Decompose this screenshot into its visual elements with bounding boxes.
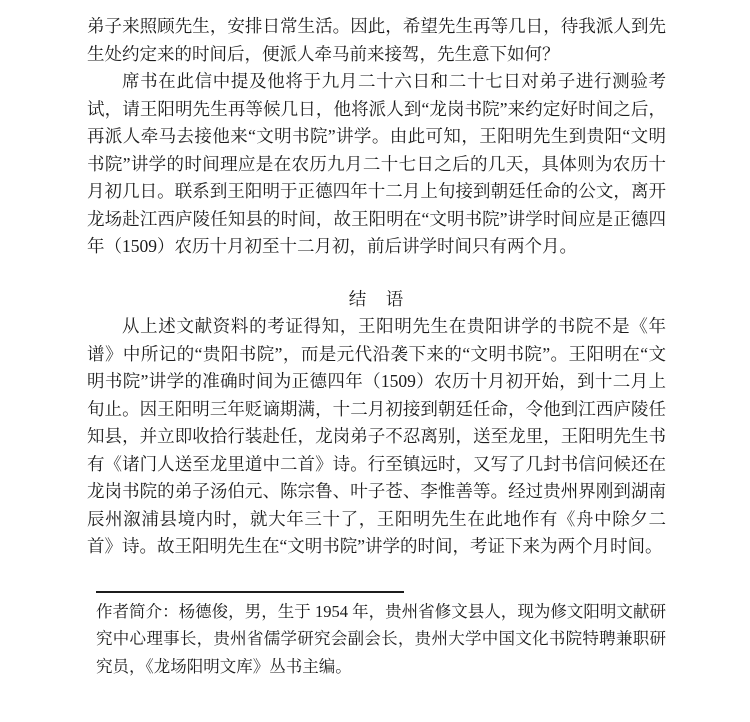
paragraph-xishu-letter-analysis: 席书在此信中提及他将于九月二十六日和二十七日对弟子进行测验考试，请王阳明先生再等… — [87, 68, 666, 261]
footnote-separator — [96, 591, 404, 593]
section-heading-conclusion: 结 语 — [87, 286, 666, 314]
author-bio-footnote: 作者简介：杨德俊，男，生于 1954 年，贵州省修文县人，现为修文阳明文献研究中… — [96, 598, 666, 681]
document-page: 弟子来照顾先生，安排日常生活。因此，希望先生再等几日，待我派人到先生处约定来的时… — [0, 0, 750, 722]
paragraph-letter-continuation: 弟子来照顾先生，安排日常生活。因此，希望先生再等几日，待我派人到先生处约定来的时… — [87, 13, 666, 68]
document-body: 弟子来照顾先生，安排日常生活。因此，希望先生再等几日，待我派人到先生处约定来的时… — [87, 13, 666, 561]
paragraph-conclusion: 从上述文献资料的考证得知，王阳明先生在贵阳讲学的书院不是《年谱》中所记的“贵阳书… — [87, 313, 666, 561]
